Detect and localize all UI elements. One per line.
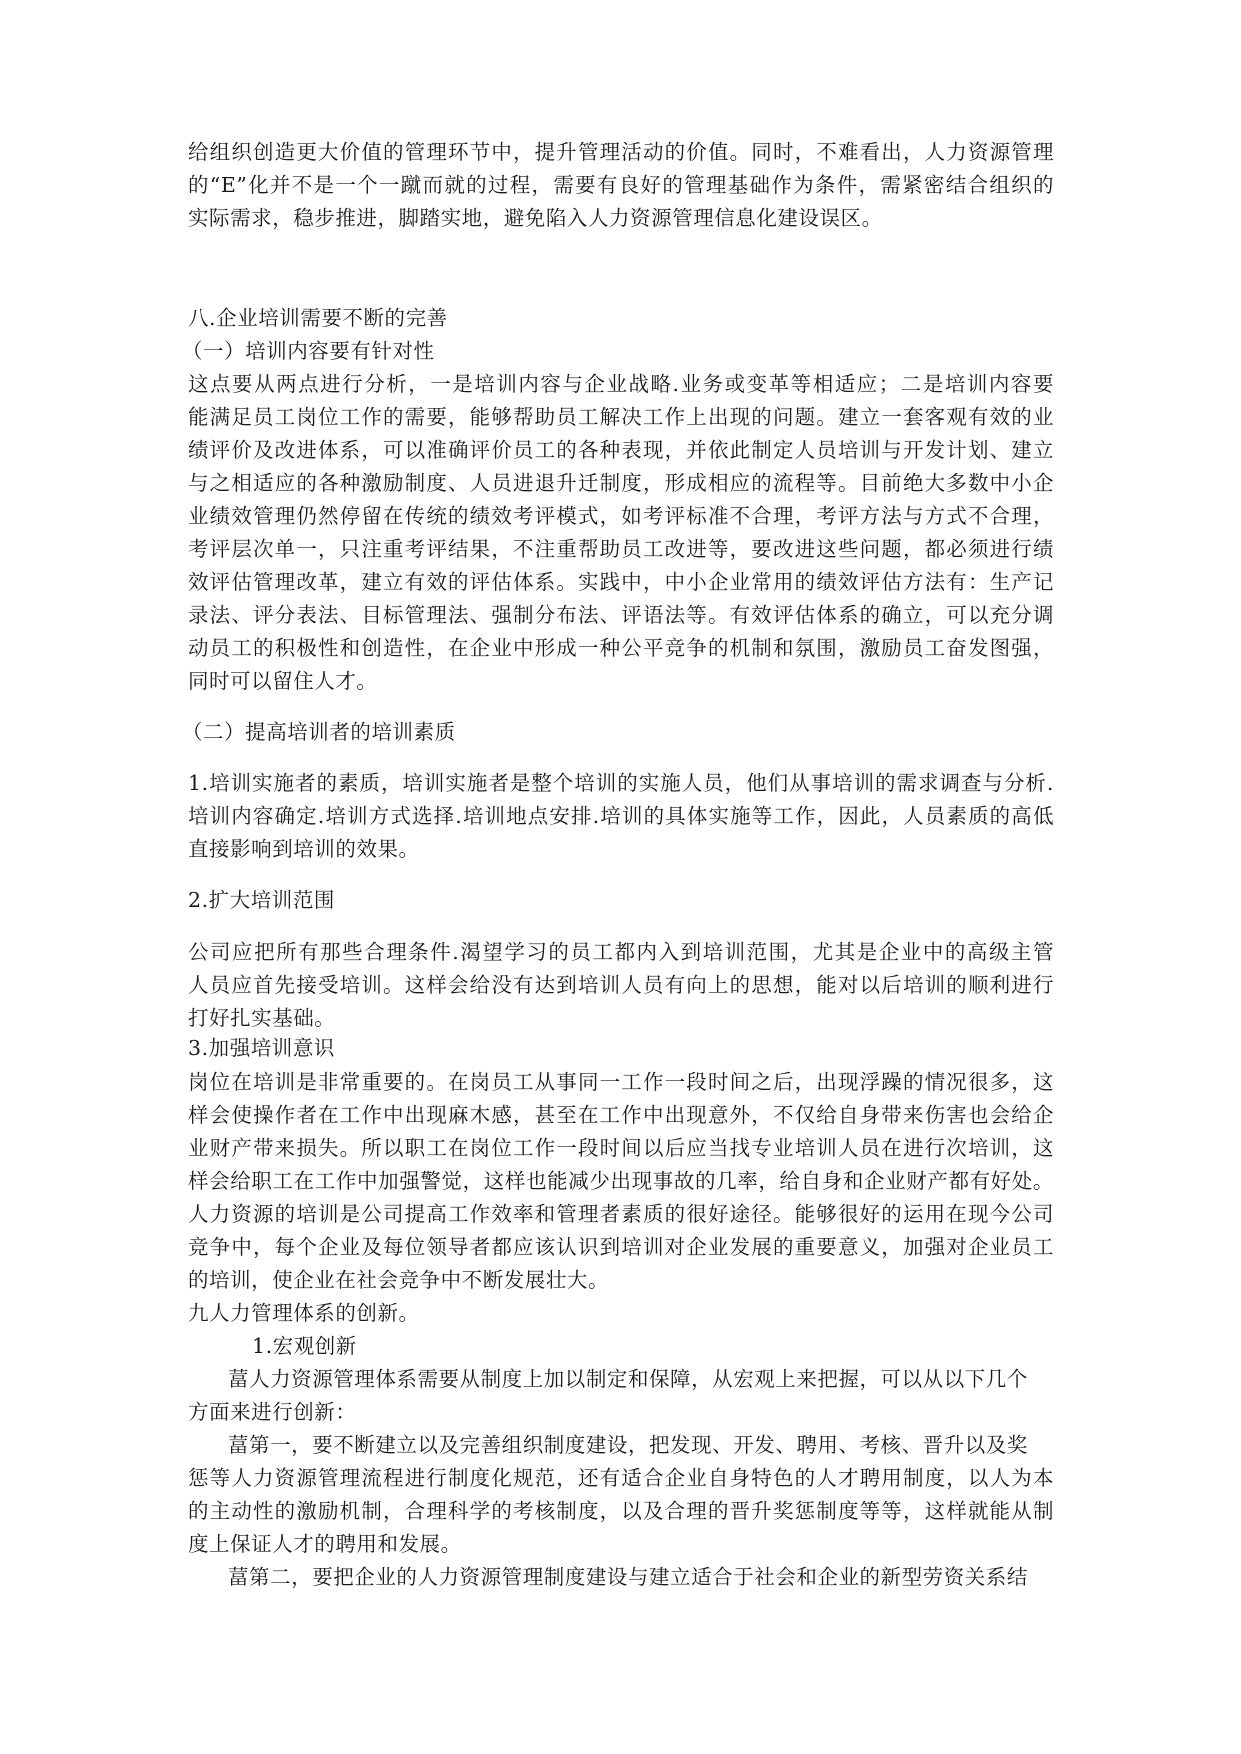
- text-line: 效评估管理改革，建立有效的评估体系。实践中，中小企业常用的绩效评估方法有：生产记: [188, 569, 1054, 595]
- text-line: 葍人力资源管理体系需要从制度上加以制定和保障，从宏观上来把握，可以从以下几个: [228, 1366, 1028, 1392]
- text-line: 直接影响到培训的效果。: [188, 836, 420, 862]
- text-line: 考评层次单一，只注重考评结果，不注重帮助员工改进等，要改进这些问题，都必须进行绩: [188, 536, 1054, 562]
- text-line: 葍第二，要把企业的人力资源管理制度建设与建立适合于社会和企业的新型劳资关系结: [228, 1564, 1028, 1590]
- text-line: 能满足员工岗位工作的需要，能够帮助员工解决工作上出现的问题。建立一套客观有效的业: [188, 404, 1054, 430]
- text-line: 培训内容确定.培训方式选择.培训地点安排.培训的具体实施等工作，因此，人员素质的…: [188, 803, 1054, 829]
- section-heading-9: 九人力管理体系的创新。: [188, 1300, 420, 1326]
- text-line: 葍第一，要不断建立以及完善组织制度建设，把发现、开发、聘用、考核、晋升以及奖: [228, 1432, 1028, 1458]
- text-line: 与之相适应的各种激励制度、人员进退升迁制度，形成相应的流程等。目前绝大多数中小企: [188, 470, 1054, 496]
- text-line: 同时可以留住人才。: [188, 668, 377, 694]
- text-line: 公司应把所有那些合理条件.渴望学习的员工都内入到培训范围，尤其是企业中的高级主管: [188, 939, 1054, 965]
- text-line: 样会使操作者在工作中出现麻木感，甚至在工作中出现意外，不仅给自身带来伤害也会给企: [188, 1102, 1054, 1128]
- text-line: 给组织创造更大价值的管理环节中，提升管理活动的价值。同时，不难看出，人力资源管理: [188, 139, 1054, 165]
- subheading-training-awareness: 3.加强培训意识: [188, 1035, 335, 1061]
- text-line: 方面来进行创新：: [188, 1399, 356, 1425]
- text-line: 业绩效管理仍然停留在传统的绩效考评模式，如考评标准不合理，考评方法与方式不合理，: [188, 503, 1054, 529]
- text-line: 人员应首先接受培训。这样会给没有达到培训人员有向上的思想，能对以后培训的顺利进行: [188, 972, 1054, 998]
- text-line: 的主动性的激励机制，合理科学的考核制度，以及合理的晋升奖惩制度等等，这样就能从制: [188, 1498, 1054, 1524]
- text-line: 人力资源的培训是公司提高工作效率和管理者素质的很好途径。能够很好的运用在现今公司: [188, 1201, 1054, 1227]
- text-line: 绩评价及改进体系，可以准确评价员工的各种表现，并依此制定人员培训与开发计划、建立: [188, 437, 1054, 463]
- section-heading-8: 八.企业培训需要不断的完善: [188, 305, 448, 331]
- text-line: 度上保证人才的聘用和发展。: [188, 1531, 462, 1557]
- text-line: 的“E”化并不是一个一蹴而就的过程，需要有良好的管理基础作为条件，需紧密结合组织…: [188, 172, 1054, 198]
- subheading-training-content: （一）培训内容要有针对性: [182, 338, 435, 364]
- subheading-expand-scope: 2.扩大培训范围: [188, 887, 335, 913]
- text-line: 动员工的积极性和创造性，在企业中形成一种公平竞争的机制和氛围，激励员工奋发图强，: [188, 635, 1054, 661]
- text-line: 这点要从两点进行分析，一是培训内容与企业战略.业务或变革等相适应；二是培训内容要: [188, 371, 1054, 397]
- text-line: 样会给职工在工作中加强警觉，这样也能减少出现事故的几率，给自身和企业财产都有好处…: [188, 1168, 1054, 1194]
- subheading-trainer-quality: （二）提高培训者的培训素质: [182, 719, 456, 745]
- text-line: 岗位在培训是非常重要的。在岗员工从事同一工作一段时间之后，出现浮躁的情况很多，这: [188, 1069, 1054, 1095]
- text-line: 竞争中，每个企业及每位领导者都应该认识到培训对企业发展的重要意义，加强对企业员工: [188, 1234, 1054, 1260]
- text-line: 惩等人力资源管理流程进行制度化规范，还有适合企业自身特色的人才聘用制度，以人为本: [188, 1465, 1054, 1491]
- text-line: 打好扎实基础。: [188, 1005, 335, 1031]
- text-line: 业财产带来损失。所以职工在岗位工作一段时间以后应当找专业培训人员在进行次培训，这: [188, 1135, 1054, 1161]
- text-line: 1.培训实施者的素质，培训实施者是整个培训的实施人员，他们从事培训的需求调查与分…: [188, 770, 1054, 796]
- subheading-macro-innovation: 1.宏观创新: [252, 1333, 357, 1359]
- text-line: 录法、评分表法、目标管理法、强制分布法、评语法等。有效评估体系的确立，可以充分调: [188, 602, 1054, 628]
- text-line: 的培训，使企业在社会竞争中不断发展壮大。: [188, 1267, 609, 1293]
- text-line: 实际需求，稳步推进，脚踏实地，避免陷入人力资源管理信息化建设误区。: [188, 205, 883, 231]
